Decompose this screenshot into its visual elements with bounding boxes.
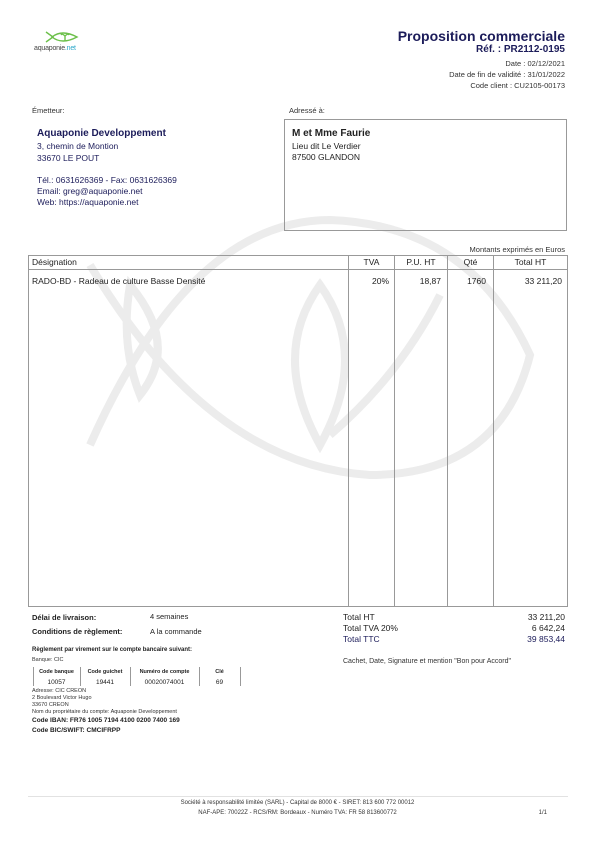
- validity-date: Date de fin de validité : 31/01/2022: [449, 70, 565, 79]
- emitter-web[interactable]: Web: https://aquaponie.net: [37, 197, 138, 207]
- total-ttc-label: Total TTC: [343, 634, 380, 644]
- emitter-phone: Tél.: 0631626369 - Fax: 0631626369: [37, 175, 177, 185]
- bank-address-1: Adresse: CIC CREON: [32, 688, 86, 694]
- bank-code-value: 10057: [33, 679, 80, 686]
- key-value: 69: [199, 679, 240, 686]
- column-divider: [348, 255, 349, 607]
- footer-legal-1: Société à responsabilité limitée (SARL) …: [0, 800, 595, 806]
- document-date: Date : 02/12/2021: [505, 59, 565, 68]
- row-total-ht: 33 211,20: [494, 276, 562, 286]
- iban: Code IBAN: FR76 1005 7194 4100 0200 7400…: [32, 717, 180, 724]
- page-number: 1/1: [539, 810, 547, 816]
- total-tva-value: 6 642,24: [532, 623, 565, 633]
- header-pu-ht: P.U. HT: [395, 257, 447, 267]
- client-code: Code client : CU2105-00173: [470, 81, 565, 90]
- key-header: Clé: [199, 669, 240, 675]
- payment-value: A la commande: [150, 627, 202, 636]
- items-table: [28, 255, 568, 607]
- footer-divider: [28, 796, 568, 797]
- column-divider: [447, 255, 448, 607]
- header-designation: Désignation: [32, 257, 77, 267]
- table-header-divider: [28, 269, 568, 270]
- bank-title: Règlement par virement sur le compte ban…: [32, 647, 192, 653]
- recipient-address-2: 87500 GLANDON: [292, 152, 360, 162]
- row-designation: RADO-BD - Radeau de culture Basse Densit…: [32, 276, 205, 286]
- total-tva-label: Total TVA 20%: [343, 623, 398, 633]
- row-pu-ht: 18,87: [395, 276, 441, 286]
- delivery-label: Délai de livraison:: [32, 613, 96, 622]
- delivery-value: 4 semaines: [150, 612, 188, 621]
- recipient-label: Adressé à:: [289, 106, 325, 115]
- currency-note: Montants exprimés en Euros: [470, 245, 565, 254]
- document-reference: Réf. : PR2112-0195: [476, 44, 565, 55]
- document-title: Proposition commerciale: [398, 28, 565, 44]
- footer-legal-2: NAF-APE: 70022Z - RCS/RM: Bordeaux - Num…: [0, 810, 595, 816]
- emitter-name: Aquaponie Developpement: [37, 128, 166, 139]
- header-tva: TVA: [349, 257, 394, 267]
- bank-code-header: Code banque: [33, 669, 80, 675]
- branch-code-header: Code guichet: [80, 669, 130, 675]
- row-tva: 20%: [349, 276, 389, 286]
- total-ht-value: 33 211,20: [528, 612, 565, 622]
- logo-text: aquaponie.net: [34, 45, 76, 52]
- emitter-email[interactable]: Email: greg@aquaponie.net: [37, 186, 143, 196]
- header-qty: Qté: [448, 257, 493, 267]
- company-logo: aquaponie.net: [34, 30, 90, 56]
- fish-sprout-icon: [44, 30, 80, 44]
- branch-code-value: 19441: [80, 679, 130, 686]
- recipient-address-1: Lieu dit Le Verdier: [292, 141, 361, 151]
- header-total-ht: Total HT: [494, 257, 567, 267]
- emitter-label: Émetteur:: [32, 106, 65, 115]
- bank-address-3: 33670 CREON: [32, 702, 69, 708]
- total-ht-label: Total HT: [343, 612, 375, 622]
- emitter-address-2: 33670 LE POUT: [37, 153, 99, 163]
- total-ttc-value: 39 853,44: [527, 634, 565, 644]
- account-owner: Nom du propriétaire du compte: Aquaponie…: [32, 709, 177, 715]
- column-divider: [493, 255, 494, 607]
- signature-note: Cachet, Date, Signature et mention "Bon …: [343, 658, 511, 665]
- account-number-value: 00020074001: [130, 679, 199, 686]
- bank-address-2: 2 Boulevard Victor Hugo: [32, 695, 92, 701]
- emitter-address-1: 3, chemin de Montion: [37, 141, 118, 151]
- bank-column-divider: [240, 667, 241, 686]
- account-number-header: Numéro de compte: [130, 669, 199, 675]
- column-divider: [394, 255, 395, 607]
- recipient-name: M et Mme Faurie: [292, 128, 370, 139]
- bic-swift: Code BIC/SWIFT: CMCIFRPP: [32, 727, 120, 734]
- row-qty: 1760: [448, 276, 486, 286]
- bank-name: Banque: CIC: [32, 657, 64, 663]
- payment-label: Conditions de règlement:: [32, 627, 122, 636]
